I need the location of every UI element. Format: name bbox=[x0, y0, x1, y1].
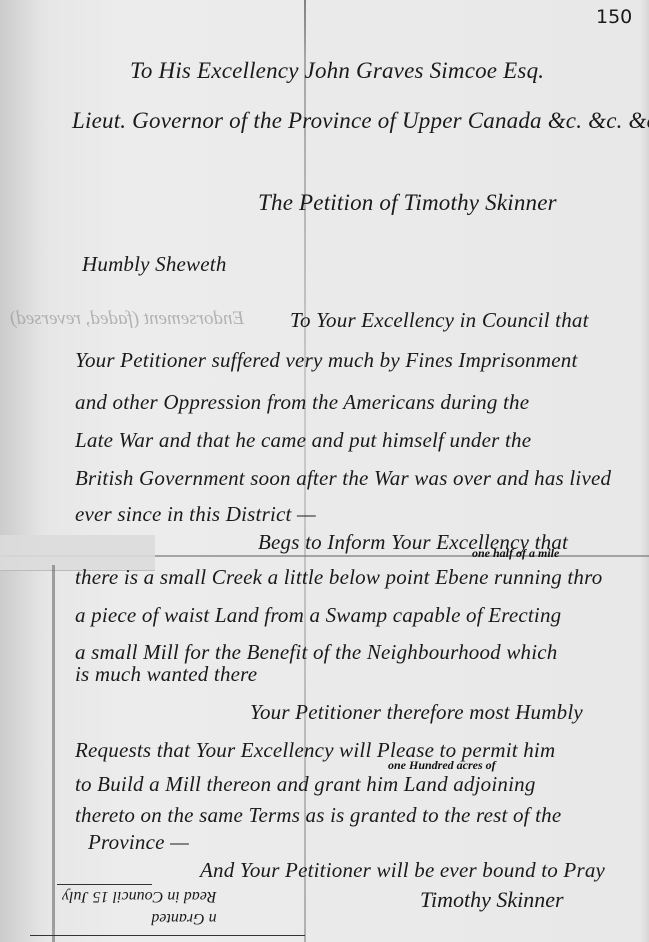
document-page: 150 To His Excellency John Graves Simcoe… bbox=[0, 0, 649, 942]
body-line-14: to Build a Mill thereon and grant him La… bbox=[75, 772, 536, 797]
body-line-11: is much wanted there bbox=[75, 662, 257, 687]
insertion-above-point-ebene: one half of a mile bbox=[472, 546, 559, 561]
endorsement-line-2: n Granted bbox=[62, 907, 217, 929]
body-line-15: thereto on the same Terms as is granted … bbox=[75, 803, 561, 828]
salutation: Humbly Sheweth bbox=[82, 252, 227, 277]
page-number: 150 bbox=[596, 6, 632, 28]
insertion-above-land: one Hundred acres of bbox=[388, 758, 496, 773]
petition-title: The Petition of Timothy Skinner bbox=[258, 190, 557, 216]
faded-margin-endorsement: Endorsement (faded, reversed) bbox=[10, 308, 244, 330]
endorsement-upside-down: n Granted Read in Council 15 July bbox=[62, 885, 217, 929]
address-line-2: Lieut. Governor of the Province of Upper… bbox=[72, 108, 649, 134]
body-line-5: British Government soon after the War wa… bbox=[75, 466, 611, 491]
body-line-8: there is a small Creek a little below po… bbox=[75, 565, 602, 590]
body-line-12: Your Petitioner therefore most Humbly bbox=[250, 700, 583, 725]
signature: Timothy Skinner bbox=[420, 887, 564, 913]
address-line-1: To His Excellency John Graves Simcoe Esq… bbox=[130, 58, 544, 84]
body-line-2: Your Petitioner suffered very much by Fi… bbox=[75, 348, 578, 373]
endorsement-rule-bottom bbox=[30, 935, 305, 936]
body-line-16: Province — bbox=[88, 830, 189, 855]
body-line-6: ever since in this District — bbox=[75, 502, 316, 527]
body-line-4: Late War and that he came and put himsel… bbox=[75, 428, 531, 453]
endorsement-line-1: Read in Council 15 July bbox=[62, 885, 217, 907]
page-edge-shadow bbox=[0, 0, 50, 942]
margin-line bbox=[52, 565, 55, 942]
body-line-3: and other Oppression from the Americans … bbox=[75, 390, 529, 415]
closing-line: And Your Petitioner will be ever bound t… bbox=[200, 858, 605, 883]
body-line-9: a piece of waist Land from a Swamp capab… bbox=[75, 603, 561, 628]
body-line-1: To Your Excellency in Council that bbox=[290, 308, 589, 333]
